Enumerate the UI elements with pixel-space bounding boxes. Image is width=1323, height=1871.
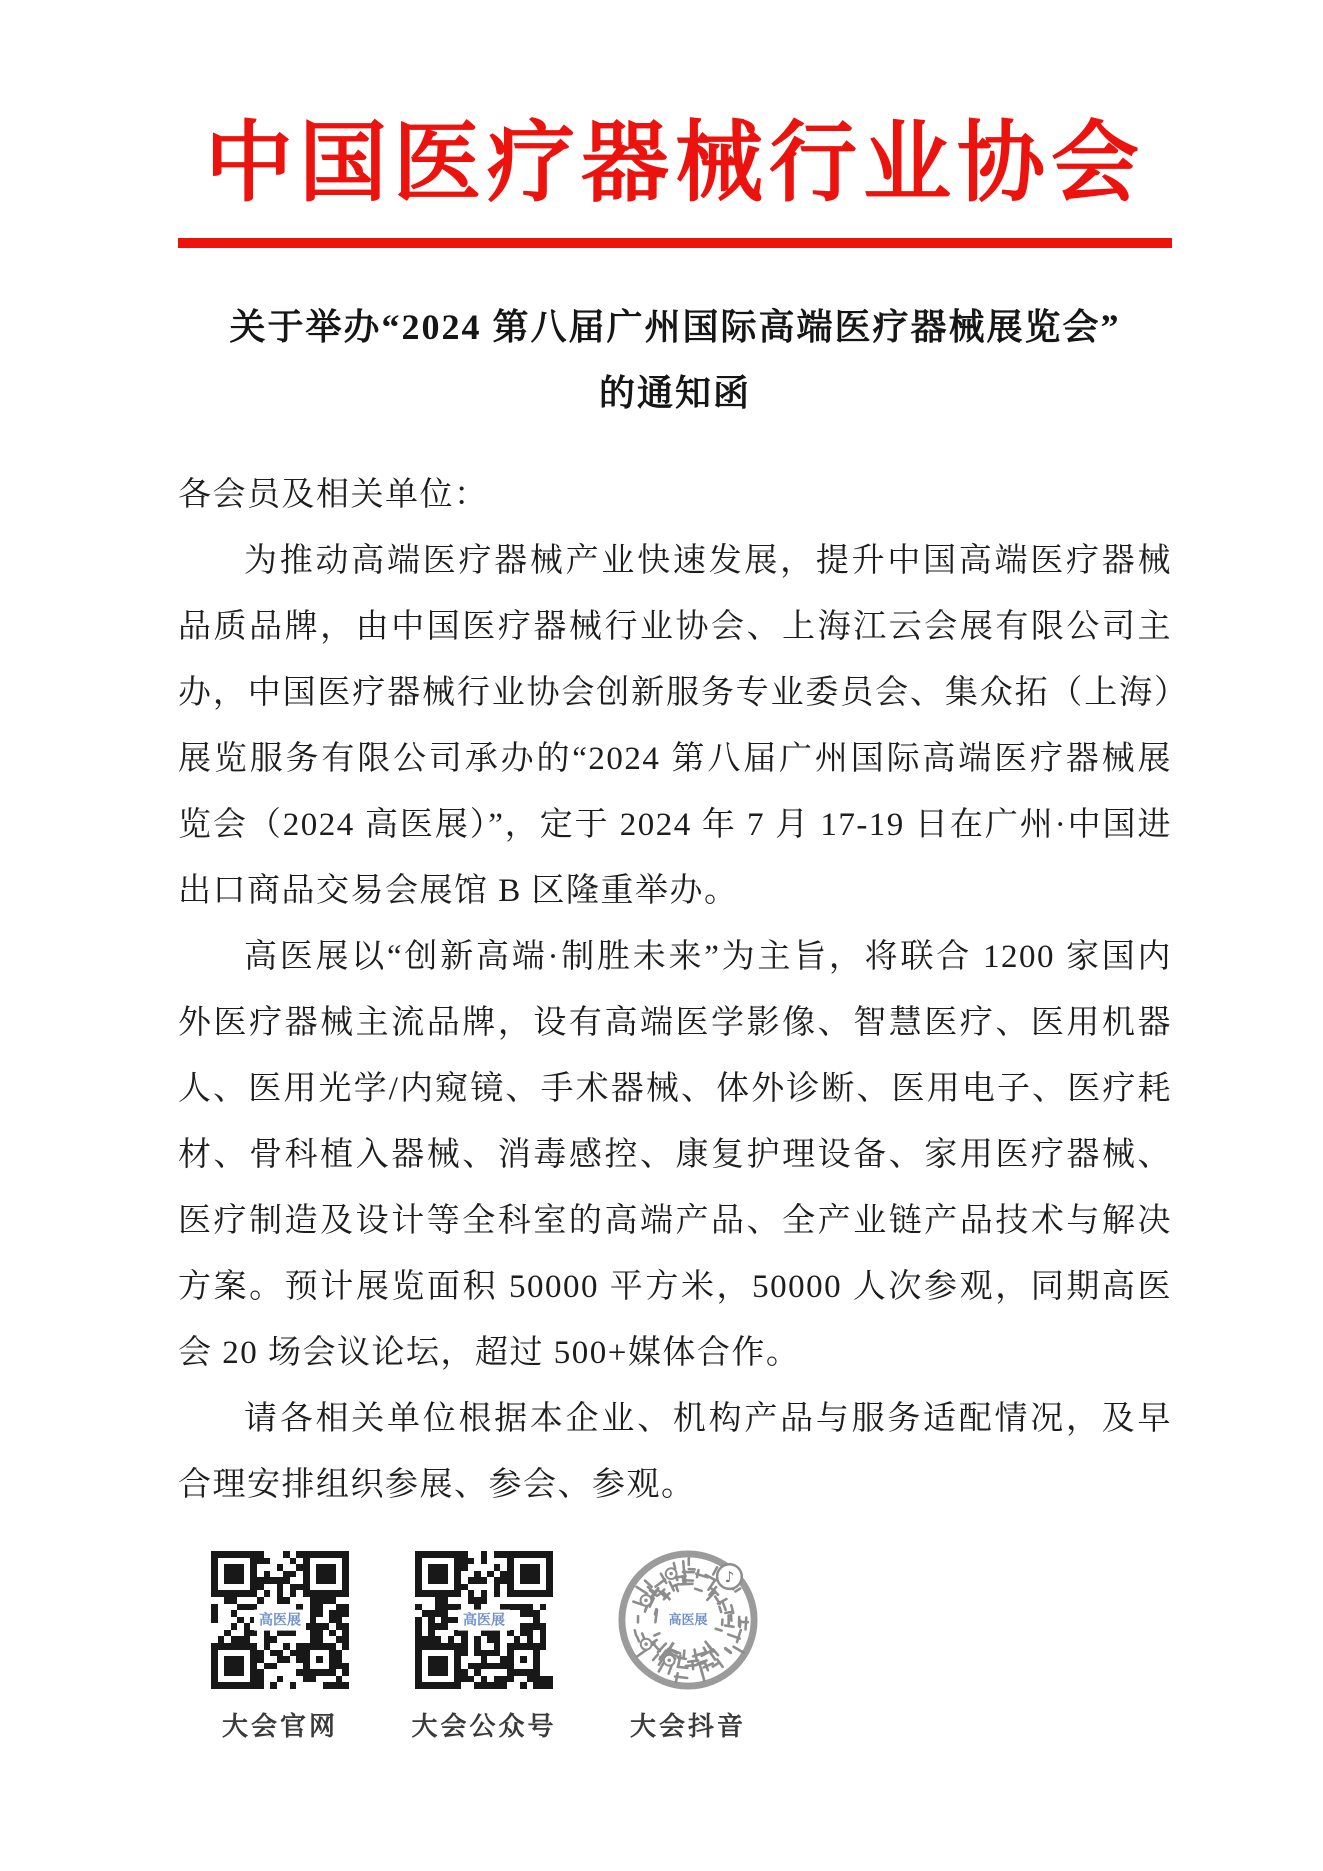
qr-caption-douyin: 大会抖音 [630,1706,746,1743]
paragraph-intro: 为推动高端医疗器械产业快速发展，提升中国高端医疗器械品质品牌，由中国医疗器械行业… [178,528,1172,924]
document-content: 中国医疗器械行业协会 关于举办“2024 第八届广州国际高端医疗器械展览会” 的… [178,0,1172,1743]
org-title: 中国医疗器械行业协会 [178,98,1172,228]
qr-code-website: 高医展 [206,1546,354,1694]
qr-caption-wechat: 大会公众号 [411,1706,556,1743]
qr-row: 高医展 大会官网 高医展 大会公众号 ♪ 高医展 大会抖音 [178,1546,1172,1743]
notice-title-line2: 的通知函 [178,360,1172,426]
salutation: 各会员及相关单位： [178,462,1172,528]
qr-center-logo: 高医展 [458,1610,510,1631]
qr-center-logo: 高医展 [663,1610,712,1630]
qr-center-logo: 高医展 [254,1610,306,1631]
qr-card-official-website: 高医展 大会官网 [206,1546,354,1743]
red-divider [178,238,1172,248]
notice-title: 关于举办“2024 第八届广州国际高端医疗器械展览会” 的通知函 [178,294,1172,426]
douyin-round-code: ♪ 高医展 [614,1546,762,1694]
notice-title-line1: 关于举办“2024 第八届广州国际高端医疗器械展览会” [178,294,1172,360]
paragraph-invitation: 请各相关单位根据本企业、机构产品与服务适配情况，及早合理安排组织参展、参会、参观… [178,1386,1172,1518]
qr-card-douyin: ♪ 高医展 大会抖音 [614,1546,762,1743]
music-note-icon: ♪ [725,1569,734,1586]
qr-caption-website: 大会官网 [222,1706,338,1743]
qr-code-wechat: 高医展 [410,1546,558,1694]
notice-document: 中国医疗器械行业协会 关于举办“2024 第八届广州国际高端医疗器械展览会” 的… [0,0,1323,1871]
qr-card-wechat-account: 高医展 大会公众号 [410,1546,558,1743]
paragraph-exhibition-scope: 高医展以“创新高端·制胜未来”为主旨，将联合 1200 家国内外医疗器械主流品牌… [178,924,1172,1386]
